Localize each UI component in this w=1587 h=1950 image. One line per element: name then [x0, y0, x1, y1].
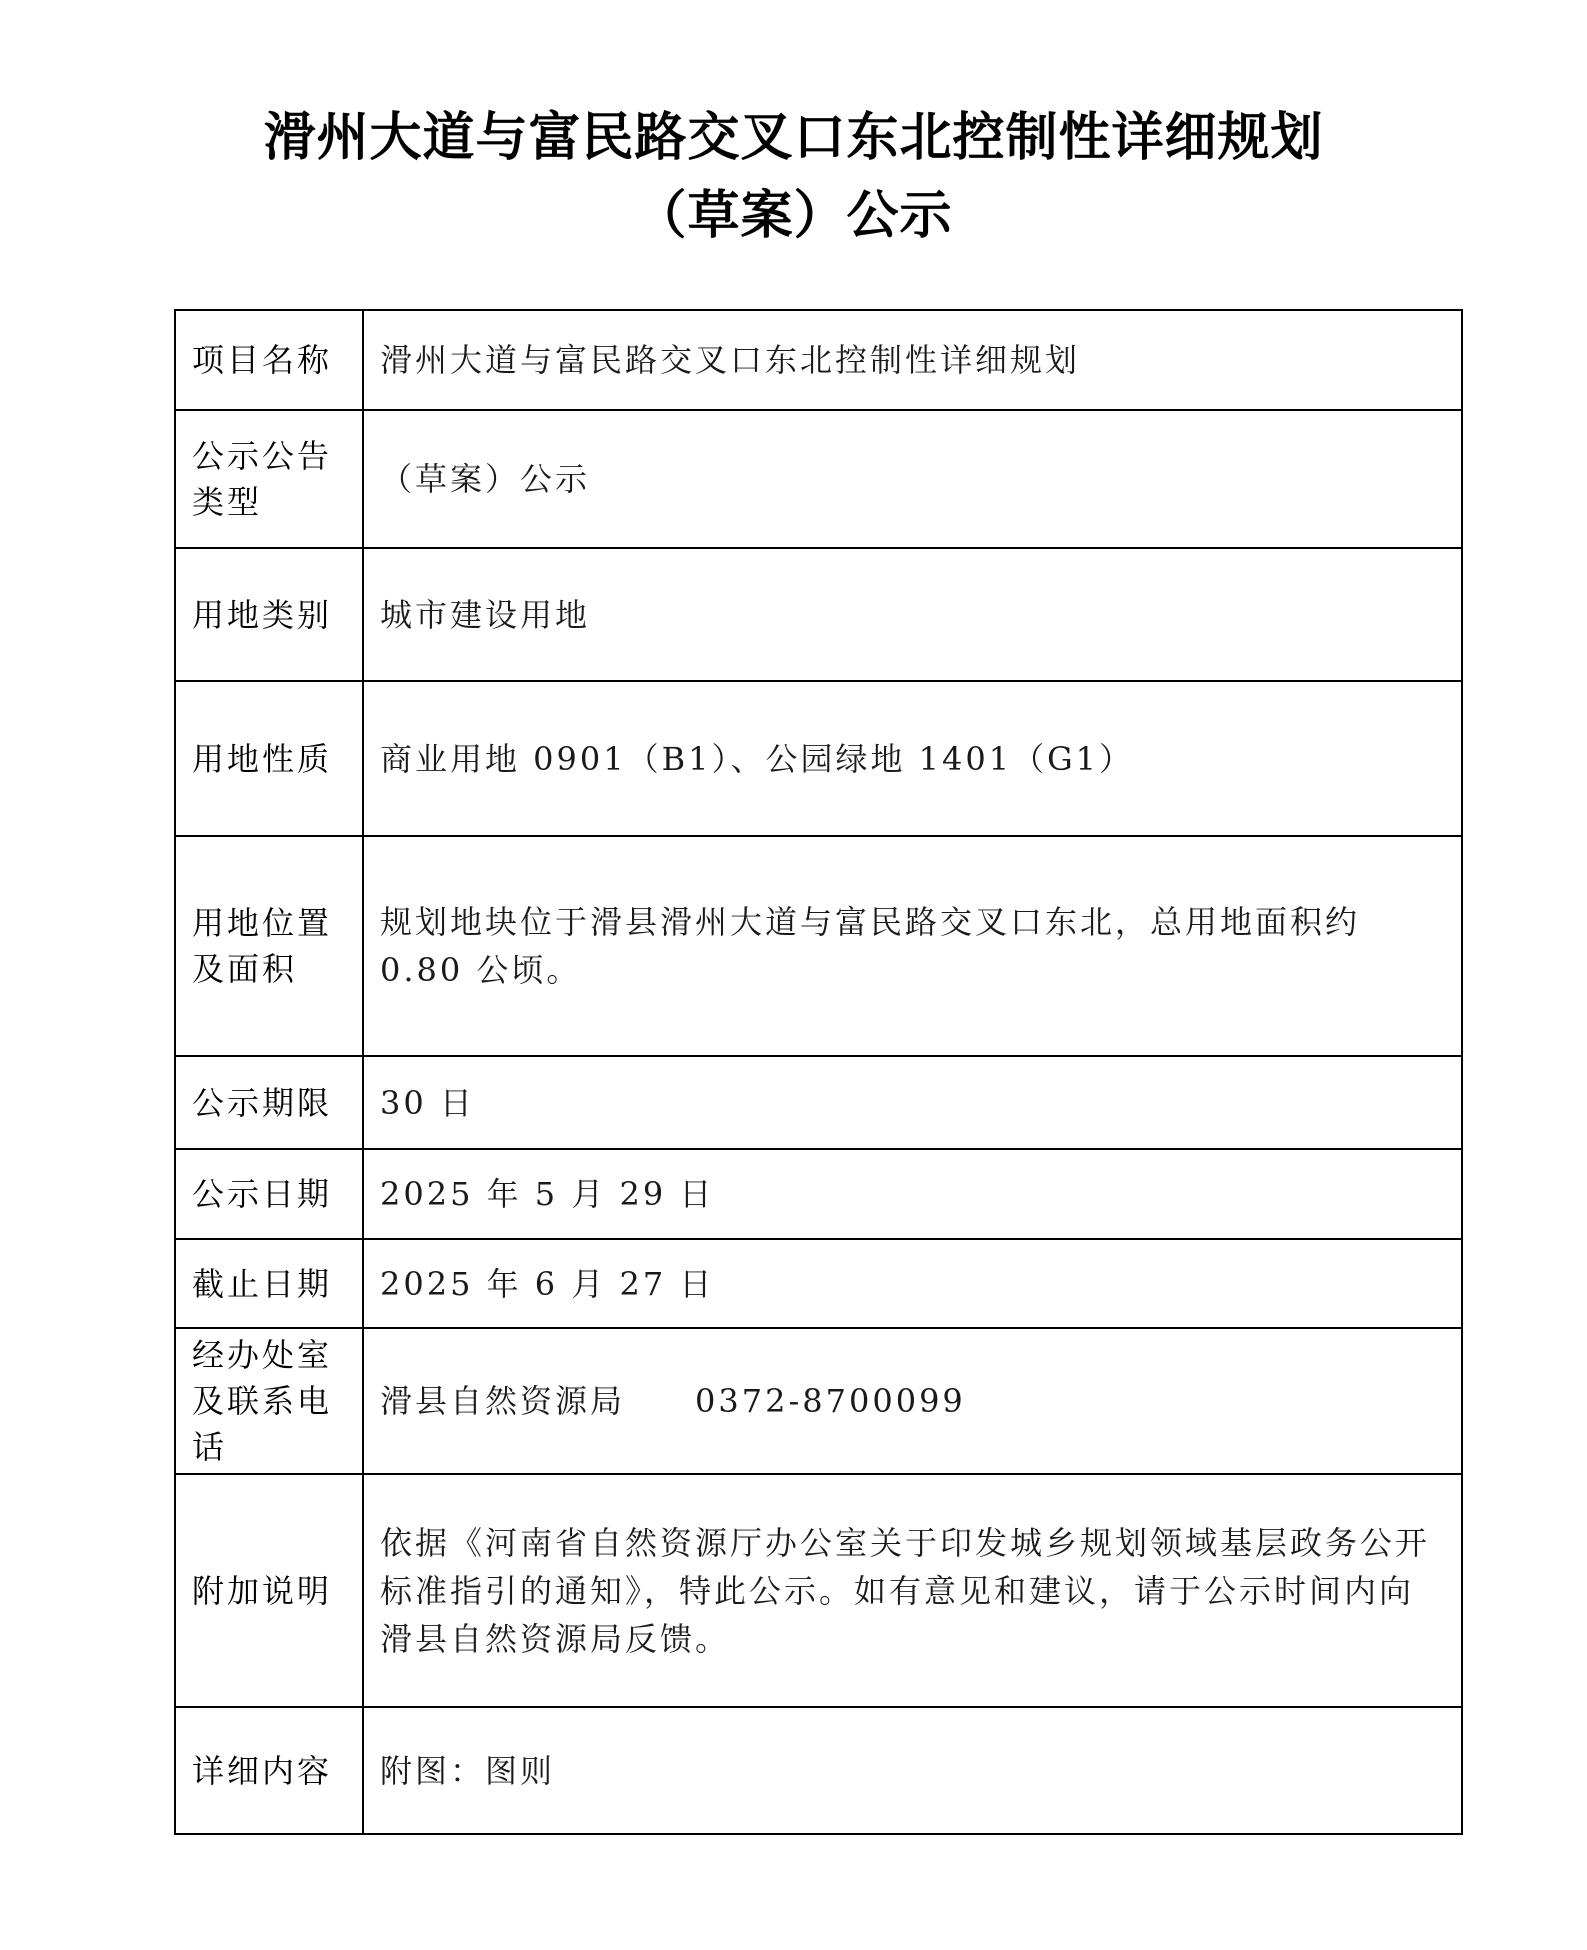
notice-table: 项目名称 滑州大道与富民路交叉口东北控制性详细规划 公示公告类型 （草案）公示 …: [174, 309, 1463, 1835]
value-contact: 滑县自然资源局0372-8700099: [363, 1328, 1462, 1474]
label-additional-notes: 附加说明: [175, 1474, 363, 1707]
value-land-use: 商业用地 0901（B1）、公园绿地 1401（G1）: [363, 681, 1462, 836]
label-notice-period: 公示期限: [175, 1056, 363, 1149]
label-land-use: 用地性质: [175, 681, 363, 836]
value-notice-date: 2025 年 5 月 29 日: [363, 1149, 1462, 1239]
value-deadline: 2025 年 6 月 27 日: [363, 1239, 1462, 1328]
table-row-land-category: 用地类别 城市建设用地: [175, 548, 1462, 681]
table-row-additional-notes: 附加说明 依据《河南省自然资源厅办公室关于印发城乡规划领域基层政务公开标准指引的…: [175, 1474, 1462, 1707]
table-row-details: 详细内容 附图：图则: [175, 1707, 1462, 1834]
table-row-land-use: 用地性质 商业用地 0901（B1）、公园绿地 1401（G1）: [175, 681, 1462, 836]
value-notice-period: 30 日: [363, 1056, 1462, 1149]
value-land-category: 城市建设用地: [363, 548, 1462, 681]
label-contact: 经办处室及联系电话: [175, 1328, 363, 1474]
table-row-deadline: 截止日期 2025 年 6 月 27 日: [175, 1239, 1462, 1328]
label-details: 详细内容: [175, 1707, 363, 1834]
value-details: 附图：图则: [363, 1707, 1462, 1834]
table-row-location-area: 用地位置及面积 规划地块位于滑县滑州大道与富民路交叉口东北，总用地面积约 0.8…: [175, 836, 1462, 1056]
value-notice-type: （草案）公示: [363, 410, 1462, 548]
table-row-contact: 经办处室及联系电话 滑县自然资源局0372-8700099: [175, 1328, 1462, 1474]
label-notice-type: 公示公告类型: [175, 410, 363, 548]
contact-organization: 滑县自然资源局: [380, 1382, 625, 1420]
value-additional-notes: 依据《河南省自然资源厅办公室关于印发城乡规划领域基层政务公开标准指引的通知》，特…: [363, 1474, 1462, 1707]
value-location-area: 规划地块位于滑县滑州大道与富民路交叉口东北，总用地面积约 0.80 公顷。: [363, 836, 1462, 1056]
label-location-area: 用地位置及面积: [175, 836, 363, 1056]
contact-phone: 0372-8700099: [695, 1382, 966, 1420]
table-row-notice-type: 公示公告类型 （草案）公示: [175, 410, 1462, 548]
table-row-project-name: 项目名称 滑州大道与富民路交叉口东北控制性详细规划: [175, 310, 1462, 410]
document-title-line1: 滑州大道与富民路交叉口东北控制性详细规划: [0, 108, 1587, 168]
document-title-line2: （草案）公示: [0, 186, 1587, 246]
label-project-name: 项目名称: [175, 310, 363, 410]
label-deadline: 截止日期: [175, 1239, 363, 1328]
table-row-notice-period: 公示期限 30 日: [175, 1056, 1462, 1149]
value-project-name: 滑州大道与富民路交叉口东北控制性详细规划: [363, 310, 1462, 410]
label-land-category: 用地类别: [175, 548, 363, 681]
table-row-notice-date: 公示日期 2025 年 5 月 29 日: [175, 1149, 1462, 1239]
label-notice-date: 公示日期: [175, 1149, 363, 1239]
